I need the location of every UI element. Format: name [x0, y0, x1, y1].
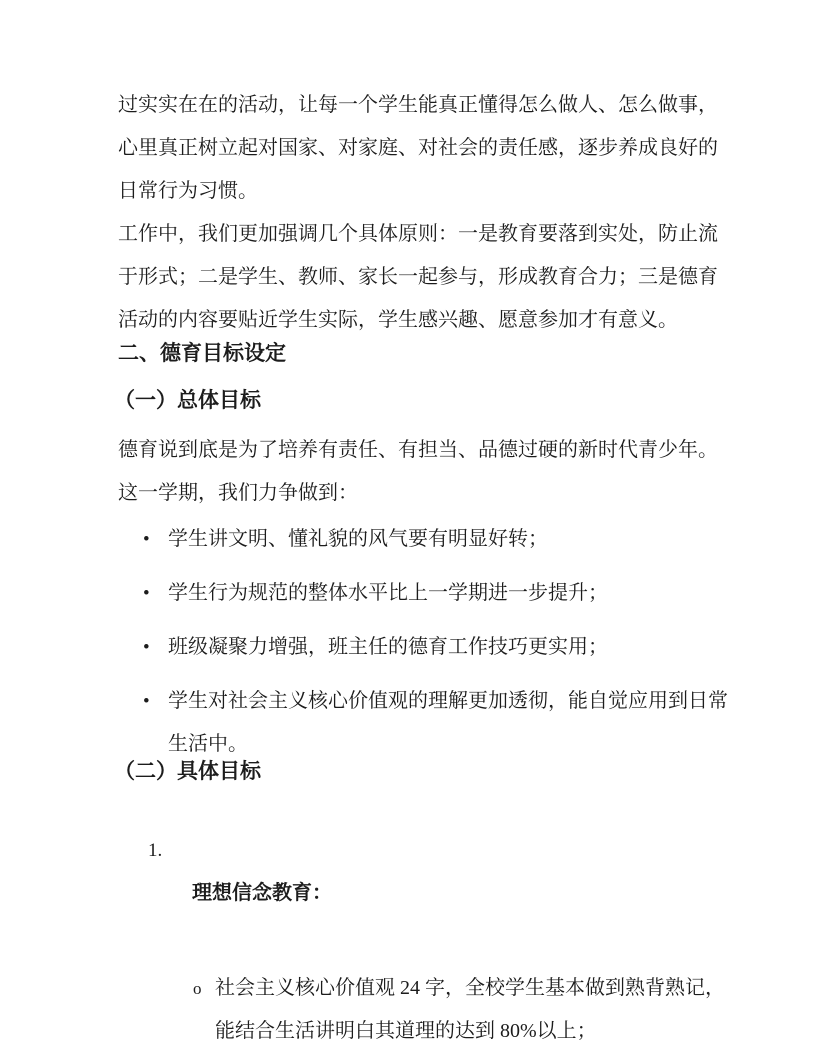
paragraph-line: 这一学期，我们力争做到： [118, 472, 726, 515]
circle-bullet-icon: o [193, 967, 202, 1010]
sub-bullet-text: 能结合生活讲明白其道理的达到 80%以上； [215, 1010, 726, 1053]
paragraph-line: 心里真正树立起对国家、对家庭、对社会的责任感，逐步养成良好的 [118, 127, 726, 170]
list-item-text: 学生讲文明、懂礼貌的风气要有明显好转； [168, 518, 726, 561]
sub-bullet-core-values: o 社会主义核心价值观 24 字，全校学生基本做到熟背熟记， 能结合生活讲明白其… [118, 967, 726, 1053]
paragraph-line: 于形式；二是学生、教师、家长一起参与，形成教育合力；三是德育 [118, 256, 726, 299]
paragraph-overall-goal: 德育说到底是为了培养有责任、有担当、品德过硬的新时代青少年。 这一学期，我们力争… [118, 429, 726, 515]
list-item: • 学生行为规范的整体水平比上一学期进一步提升； [118, 572, 726, 615]
numbered-item-ideals-education: 1. 理想信念教育： [118, 786, 726, 958]
overall-goals-bullet-list: • 学生讲文明、懂礼貌的风气要有明显好转； • 学生行为规范的整体水平比上一学期… [118, 518, 726, 766]
paragraph-activities: 过实实在在的活动，让每一个学生能真正懂得怎么做人、怎么做事， 心里真正树立起对国… [118, 84, 726, 213]
bullet-icon: • [143, 572, 150, 615]
sub-bullet-text: 社会主义核心价值观 24 字，全校学生基本做到熟背熟记， [215, 967, 726, 1010]
list-number: 1. [148, 829, 162, 872]
list-item: • 学生对社会主义核心价值观的理解更加透彻，能自觉应用到日常 生活中。 [118, 680, 726, 766]
document-page: 过实实在在的活动，让每一个学生能真正懂得怎么做人、怎么做事， 心里真正树立起对国… [0, 0, 816, 1056]
paragraph-line: 工作中，我们更加强调几个具体原则：一是教育要落到实处，防止流 [118, 213, 726, 256]
list-item: • 学生讲文明、懂礼貌的风气要有明显好转； [118, 518, 726, 561]
bullet-icon: • [143, 626, 150, 669]
numbered-item-label: 理想信念教育： [192, 882, 332, 904]
subsection-heading-overall-goals: （一）总体目标 [114, 379, 726, 422]
list-item-text: 生活中。 [168, 723, 726, 766]
list-item-text: 班级凝聚力增强，班主任的德育工作技巧更实用； [168, 626, 726, 669]
bullet-icon: • [143, 518, 150, 561]
paragraph-line: 德育说到底是为了培养有责任、有担当、品德过硬的新时代青少年。 [118, 429, 726, 472]
paragraph-line: 日常行为习惯。 [118, 170, 726, 213]
list-item: • 班级凝聚力增强，班主任的德育工作技巧更实用； [118, 626, 726, 669]
list-item-text: 学生对社会主义核心价值观的理解更加透彻，能自觉应用到日常 [168, 680, 726, 723]
paragraph-principles: 工作中，我们更加强调几个具体原则：一是教育要落到实处，防止流 于形式；二是学生、… [118, 213, 726, 342]
paragraph-line: 过实实在在的活动，让每一个学生能真正懂得怎么做人、怎么做事， [118, 84, 726, 127]
list-item-text: 学生行为规范的整体水平比上一学期进一步提升； [168, 572, 726, 615]
bullet-icon: • [143, 680, 150, 723]
